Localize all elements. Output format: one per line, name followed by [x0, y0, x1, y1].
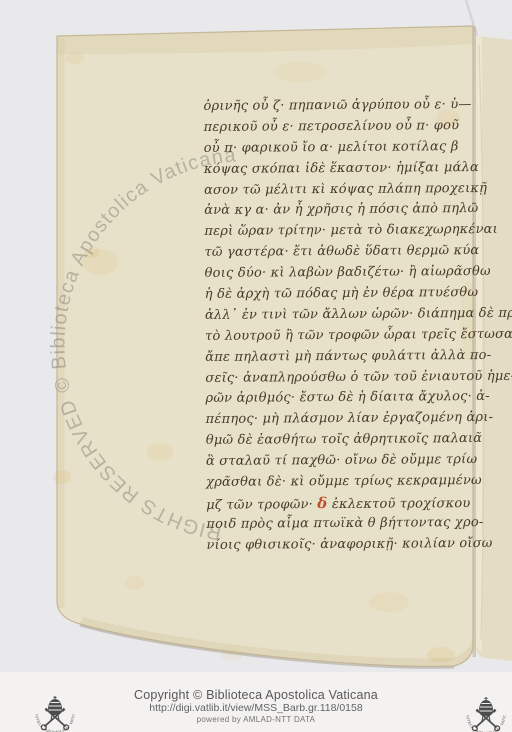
manuscript-line: ἃ σταλαῦ τί παχθῶ· οἴνω δὲ οὔμμε τρίω: [206, 450, 472, 473]
manuscript-line: ἀνὰ κγ α· ἀν ἦ χρῆσις ἡ πόσις ἀπὸ πηλῶ: [204, 200, 470, 223]
manuscript-line: ἄπε πηλαστὶ μὴ πάντως φυλάττι ἀλλὰ πο-: [205, 346, 471, 369]
manuscript-line: οὖ π· φαρικοῦ ἴο α· μελίτοι κοτίλας β: [204, 137, 470, 160]
footer-url: http://digi.vatlib.it/view/MSS_Barb.gr.1…: [0, 702, 512, 714]
manuscript-line: κόψας σκόπαι ἰδὲ ἕκαστον· ἡμίξαι μάλα: [204, 158, 470, 181]
footer-caption: Copyright © Biblioteca Apostolica Vatica…: [0, 688, 512, 725]
manuscript-line: ποιδ πρὸς αἷμα πτωϊκὰ θ βήττοντας χρο-: [206, 513, 472, 536]
manuscript-text-block: ὀρινῆς οὖ ζ· πηπανιῶ ἀγρύπου οὖ ε· ὑ—περ…: [203, 95, 472, 556]
manuscript-line: θοις δύο· κὶ λαβὼν βαδιζέτω· ἢ αἰωρᾶσθω: [205, 262, 471, 285]
manuscript-line: ασον τῶ μέλιτι κὶ κόψας πλάπη προχεικῇ: [204, 179, 470, 202]
manuscript-line: ἀλλ᾽ ἐν τινὶ τῶν ἄλλων ὡρῶν· διάπημα δὲ …: [205, 304, 471, 327]
manuscript-line: ὀρινῆς οὖ ζ· πηπανιῶ ἀγρύπου οὖ ε· ὑ—: [203, 95, 469, 118]
manuscript-line: σεῖς· ἀναπληρούσθω ὁ τῶν τοῦ ἐνιαυτοῦ ἡμ…: [205, 367, 471, 390]
manuscript-line: τὸ λουτροῦ ἢ τῶν τροφῶν ὧραι τρεῖς ἔστωσ…: [205, 325, 471, 348]
manuscript-line: περικοῦ οὖ ε· πετροσελίνου οὖ π· φοῦ: [204, 116, 470, 139]
manuscript-line: πέπηος· μὴ πλάσμον λίαν ἐργαζομένη ἀρι-: [206, 408, 472, 431]
manuscript-line: χρᾶσθαι δὲ· κὶ οὔμμε τρίως κεκραμμένω: [206, 471, 472, 494]
footer-copyright: Copyright © Biblioteca Apostolica Vatica…: [0, 688, 512, 702]
manuscript-line: μζ τῶν τροφῶν· δ ἐκλεκτοῦ τροχίσκου: [206, 492, 472, 515]
manuscript-viewer-scan: BIBLIOTECA · APOSTOLICA · VATICANA: [0, 0, 512, 732]
manuscript-line: ἡ δὲ ἀρχὴ τῶ πόδας μὴ ἐν θέρα πτυέσθω: [205, 283, 471, 306]
manuscript-line: θμῶ δὲ ἐασθήτω τοῖς ἀθρητικοῖς παλαιᾶ: [206, 429, 472, 452]
footer-powered-by: powered by AMLAD-NTT DATA: [0, 714, 512, 725]
red-initial-letter: δ: [317, 494, 327, 512]
manuscript-line: τῶ γαστέρα· ἔτι ἀθωδὲ ὕδατι θερμῶ κύα: [204, 241, 470, 264]
manuscript-line: περὶ ὥραν τρίτην· μετὰ τὸ διακεχωρηκέναι: [204, 220, 470, 243]
manuscript-line: νίοις φθισικοῖς· ἀναφορικῇ· κοιλίαν οἴσω: [206, 534, 472, 557]
manuscript-line: ρῶν ἀριθμός· ἔστω δὲ ἡ δίαιτα ἄχυλος· ἀ-: [205, 388, 471, 411]
